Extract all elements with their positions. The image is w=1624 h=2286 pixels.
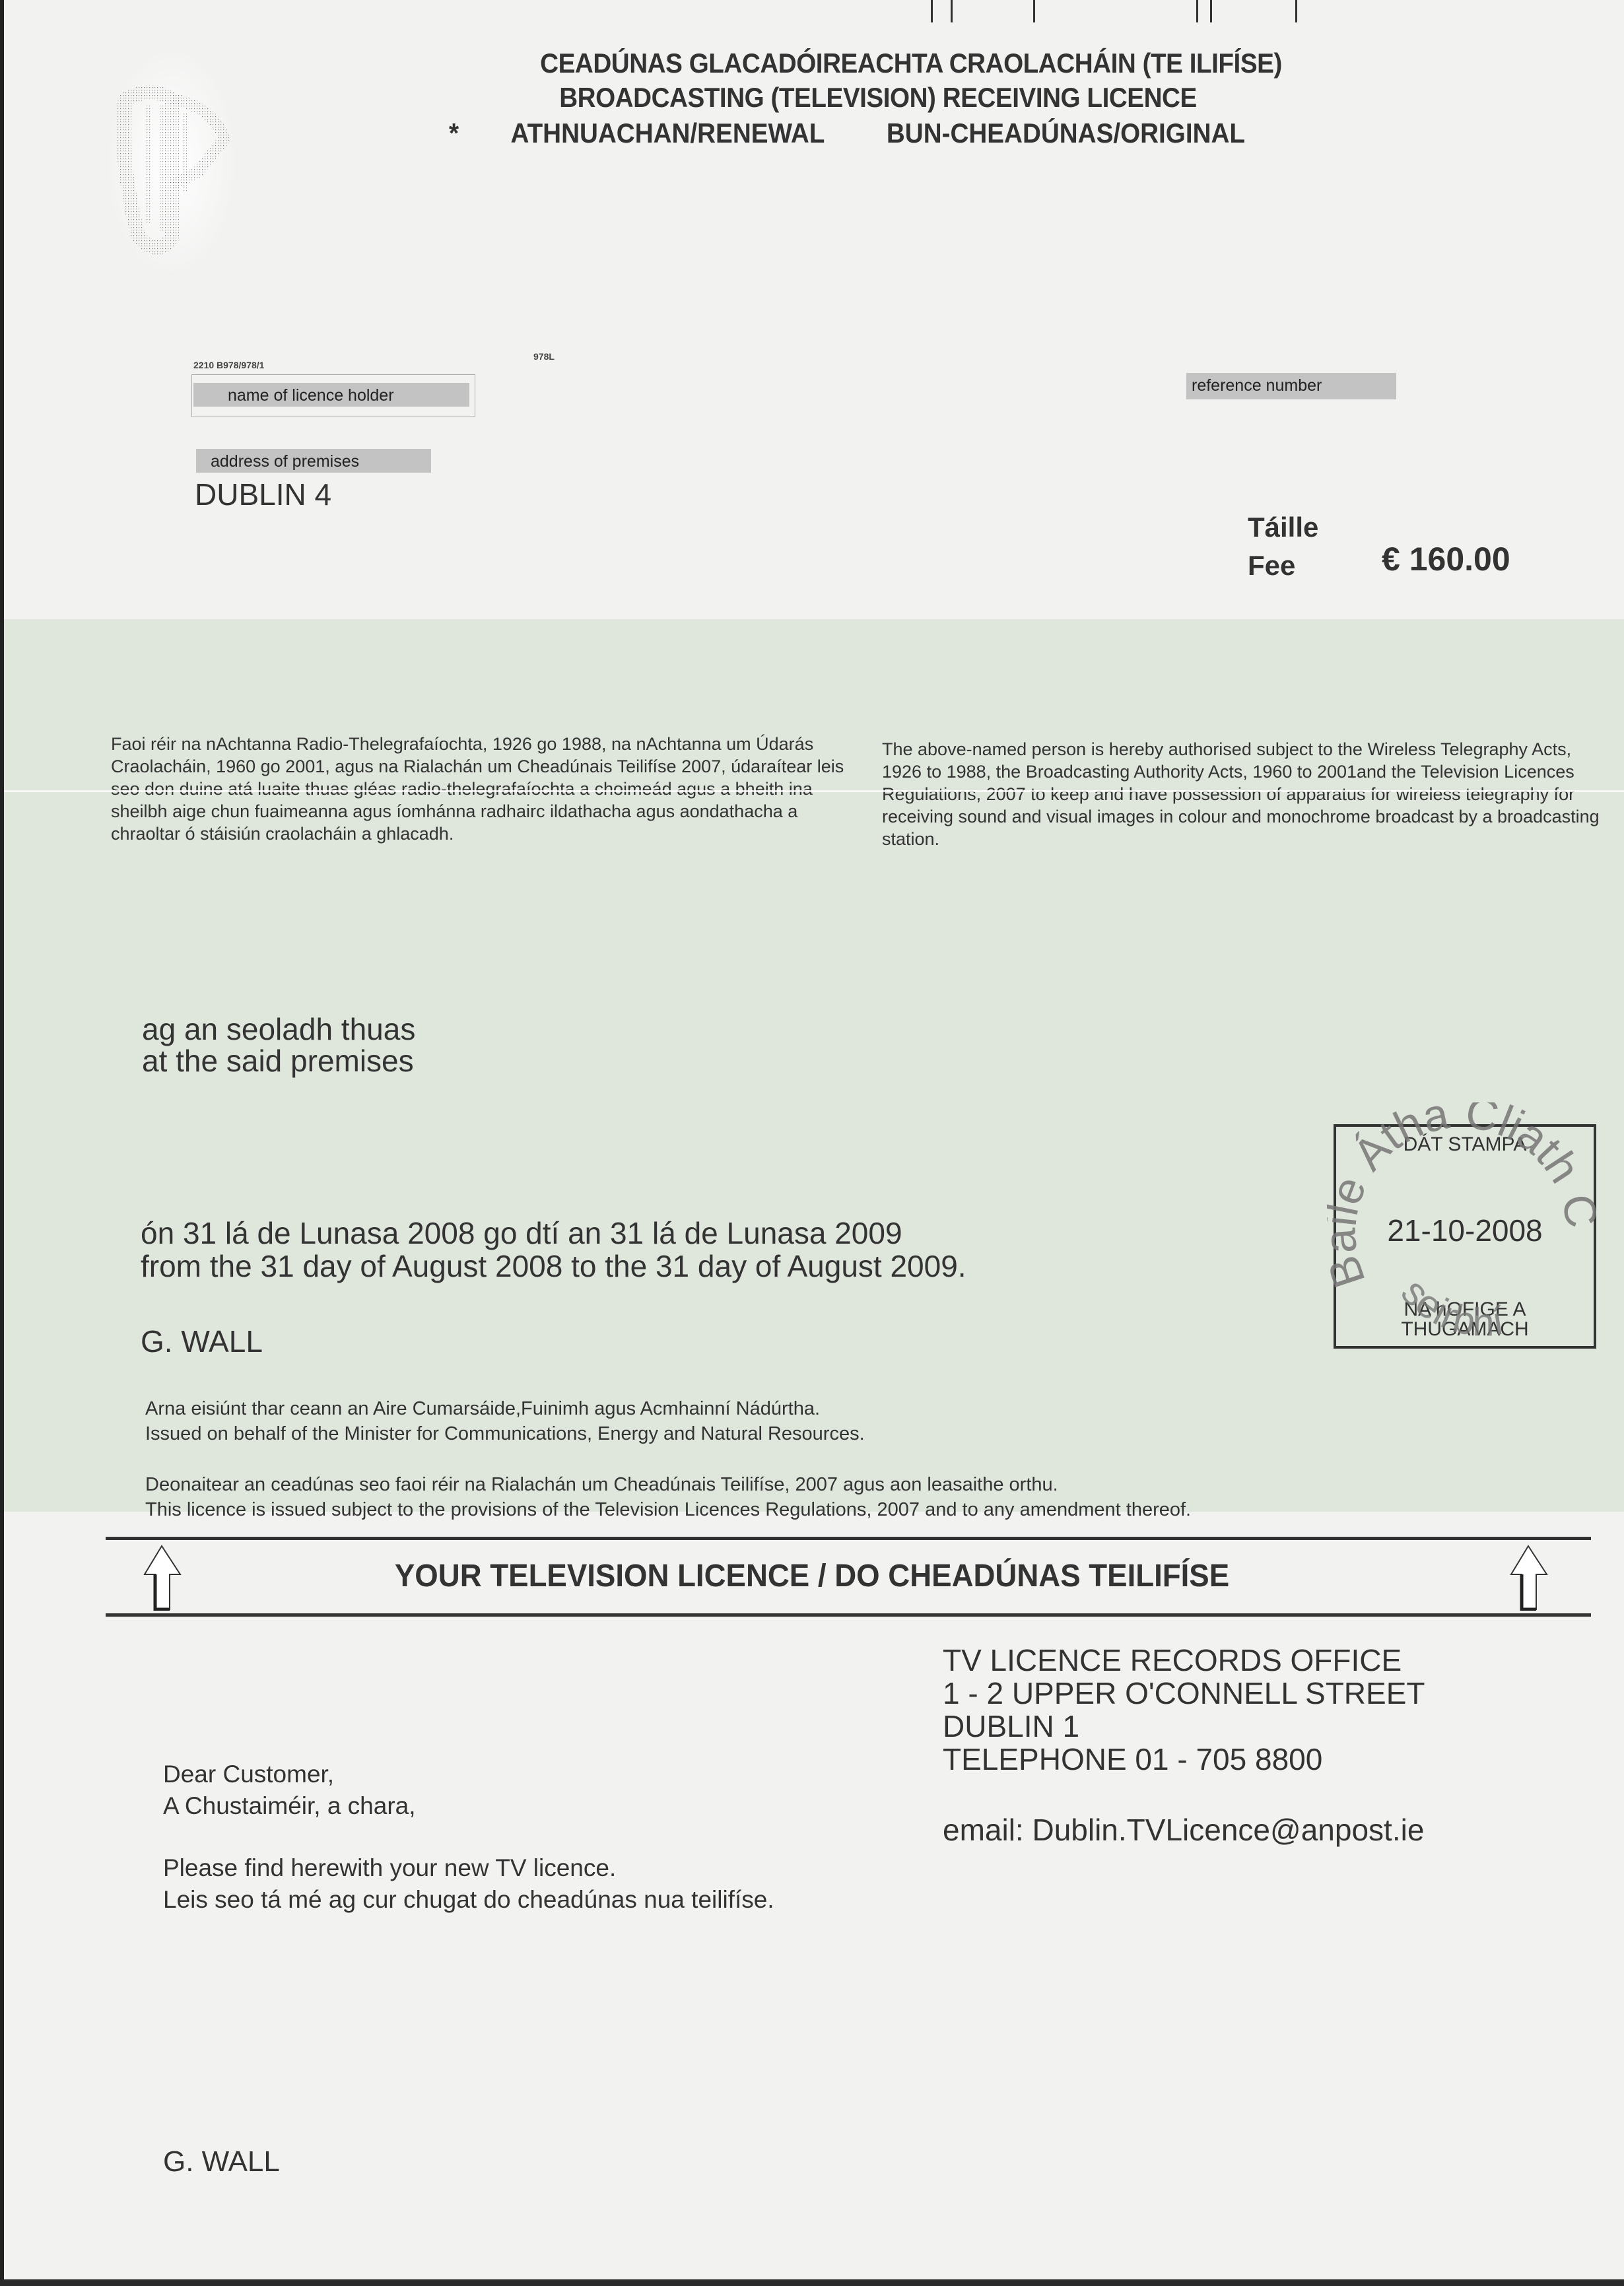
tick-mark xyxy=(931,0,933,22)
redacted-reference-number: reference number xyxy=(1186,373,1396,399)
licence-title-irish: CEADÚNAS GLACADÓIREACHTA CRAOLACHÁIN (TE… xyxy=(164,48,1624,79)
redacted-address: address of premises xyxy=(196,449,431,473)
redacted-holder-name: name of licence holder xyxy=(193,383,469,407)
authorisation-text-irish: Faoi réir na nAchtanna Radio-Thelegrafaí… xyxy=(111,733,850,845)
signatory: G. WALL xyxy=(141,1324,263,1359)
validity-period: ón 31 lá de Lunasa 2008 go dtí an 31 lá … xyxy=(141,1217,966,1283)
tick-mark xyxy=(1196,0,1198,22)
renewal-option: ATHNUACHAN/RENEWAL xyxy=(511,118,825,149)
letter-body: Please find herewith your new TV licence… xyxy=(163,1852,774,1916)
period-english: from the 31 day of August 2008 to the 31… xyxy=(141,1250,966,1283)
body-irish: Leis seo tá mé ag cur chugat do cheadúna… xyxy=(163,1884,774,1916)
letter-salutation: Dear Customer, A Chustaiméir, a chara, xyxy=(163,1759,416,1822)
premises-english: at the said premises xyxy=(142,1045,415,1077)
batch-code: 978L xyxy=(533,351,555,362)
office-street: 1 - 2 UPPER O'CONNELL STREET xyxy=(943,1677,1425,1710)
tear-off-title: YOUR TELEVISION LICENCE / DO CHEADÚNAS T… xyxy=(41,1558,1584,1594)
address-city: DUBLIN 4 xyxy=(195,477,331,512)
svg-text:Baile Átha Cliath C: Baile Átha Cliath C xyxy=(1327,1102,1604,1294)
tear-off-rule-bottom xyxy=(106,1613,1591,1617)
office-address: TV LICENCE RECORDS OFFICE 1 - 2 UPPER O'… xyxy=(943,1644,1425,1776)
authorisation-text-english: The above-named person is hereby authori… xyxy=(882,738,1615,850)
office-city: DUBLIN 1 xyxy=(943,1710,1425,1743)
period-irish: ón 31 lá de Lunasa 2008 go dtí an 31 lá … xyxy=(141,1217,966,1250)
fee-label-irish: Táille xyxy=(1248,512,1318,543)
letter-signature: G. WALL xyxy=(163,2145,280,2178)
issuance-irish: Arna eisiúnt thar ceann an Aire Cumarsái… xyxy=(145,1396,865,1421)
body-english: Please find herewith your new TV licence… xyxy=(163,1852,774,1884)
issuance-english: Issued on behalf of the Minister for Com… xyxy=(145,1421,865,1446)
selected-marker: * xyxy=(449,118,504,149)
tick-mark xyxy=(1295,0,1297,22)
original-option: BUN-CHEADÚNAS/ORIGINAL xyxy=(887,118,1245,149)
paper-fold xyxy=(4,790,1624,792)
licence-title-english: BROADCASTING (TELEVISION) RECEIVING LICE… xyxy=(131,82,1624,114)
scan-edge-bottom xyxy=(0,2279,1624,2286)
fee-amount: € 160.00 xyxy=(1382,540,1510,578)
premises-irish: ag an seoladh thuas xyxy=(142,1013,415,1045)
regulations-text: Deonaitear an ceadúnas seo faoi réir na … xyxy=(145,1472,1191,1522)
licence-type-row: * ATHNUACHAN/RENEWAL BUN-CHEADÚNAS/ORIGI… xyxy=(449,118,1245,149)
postmark-ring: Baile Átha Cliath C seirbhís xyxy=(1327,1102,1604,1380)
tick-mark xyxy=(1033,0,1035,22)
issuance-text: Arna eisiúnt thar ceann an Aire Cumarsái… xyxy=(145,1396,865,1446)
tick-mark xyxy=(1210,0,1212,22)
office-name: TV LICENCE RECORDS OFFICE xyxy=(943,1644,1425,1677)
salutation-irish: A Chustaiméir, a chara, xyxy=(163,1790,416,1822)
regulations-irish: Deonaitear an ceadúnas seo faoi réir na … xyxy=(145,1472,1191,1497)
office-telephone: TELEPHONE 01 - 705 8800 xyxy=(943,1743,1425,1776)
fee-label-english: Fee xyxy=(1248,550,1295,582)
tick-mark xyxy=(951,0,953,22)
premises-text: ag an seoladh thuas at the said premises xyxy=(142,1013,415,1077)
tear-off-rule-top xyxy=(106,1537,1591,1540)
office-email: email: Dublin.TVLicence@anpost.ie xyxy=(943,1812,1424,1848)
account-code: 2210 B978/978/1 xyxy=(193,360,264,370)
regulations-english: This licence is issued subject to the pr… xyxy=(145,1497,1191,1522)
salutation-english: Dear Customer, xyxy=(163,1759,416,1790)
postmark-ring-text: Baile Átha Cliath C xyxy=(1327,1102,1604,1294)
